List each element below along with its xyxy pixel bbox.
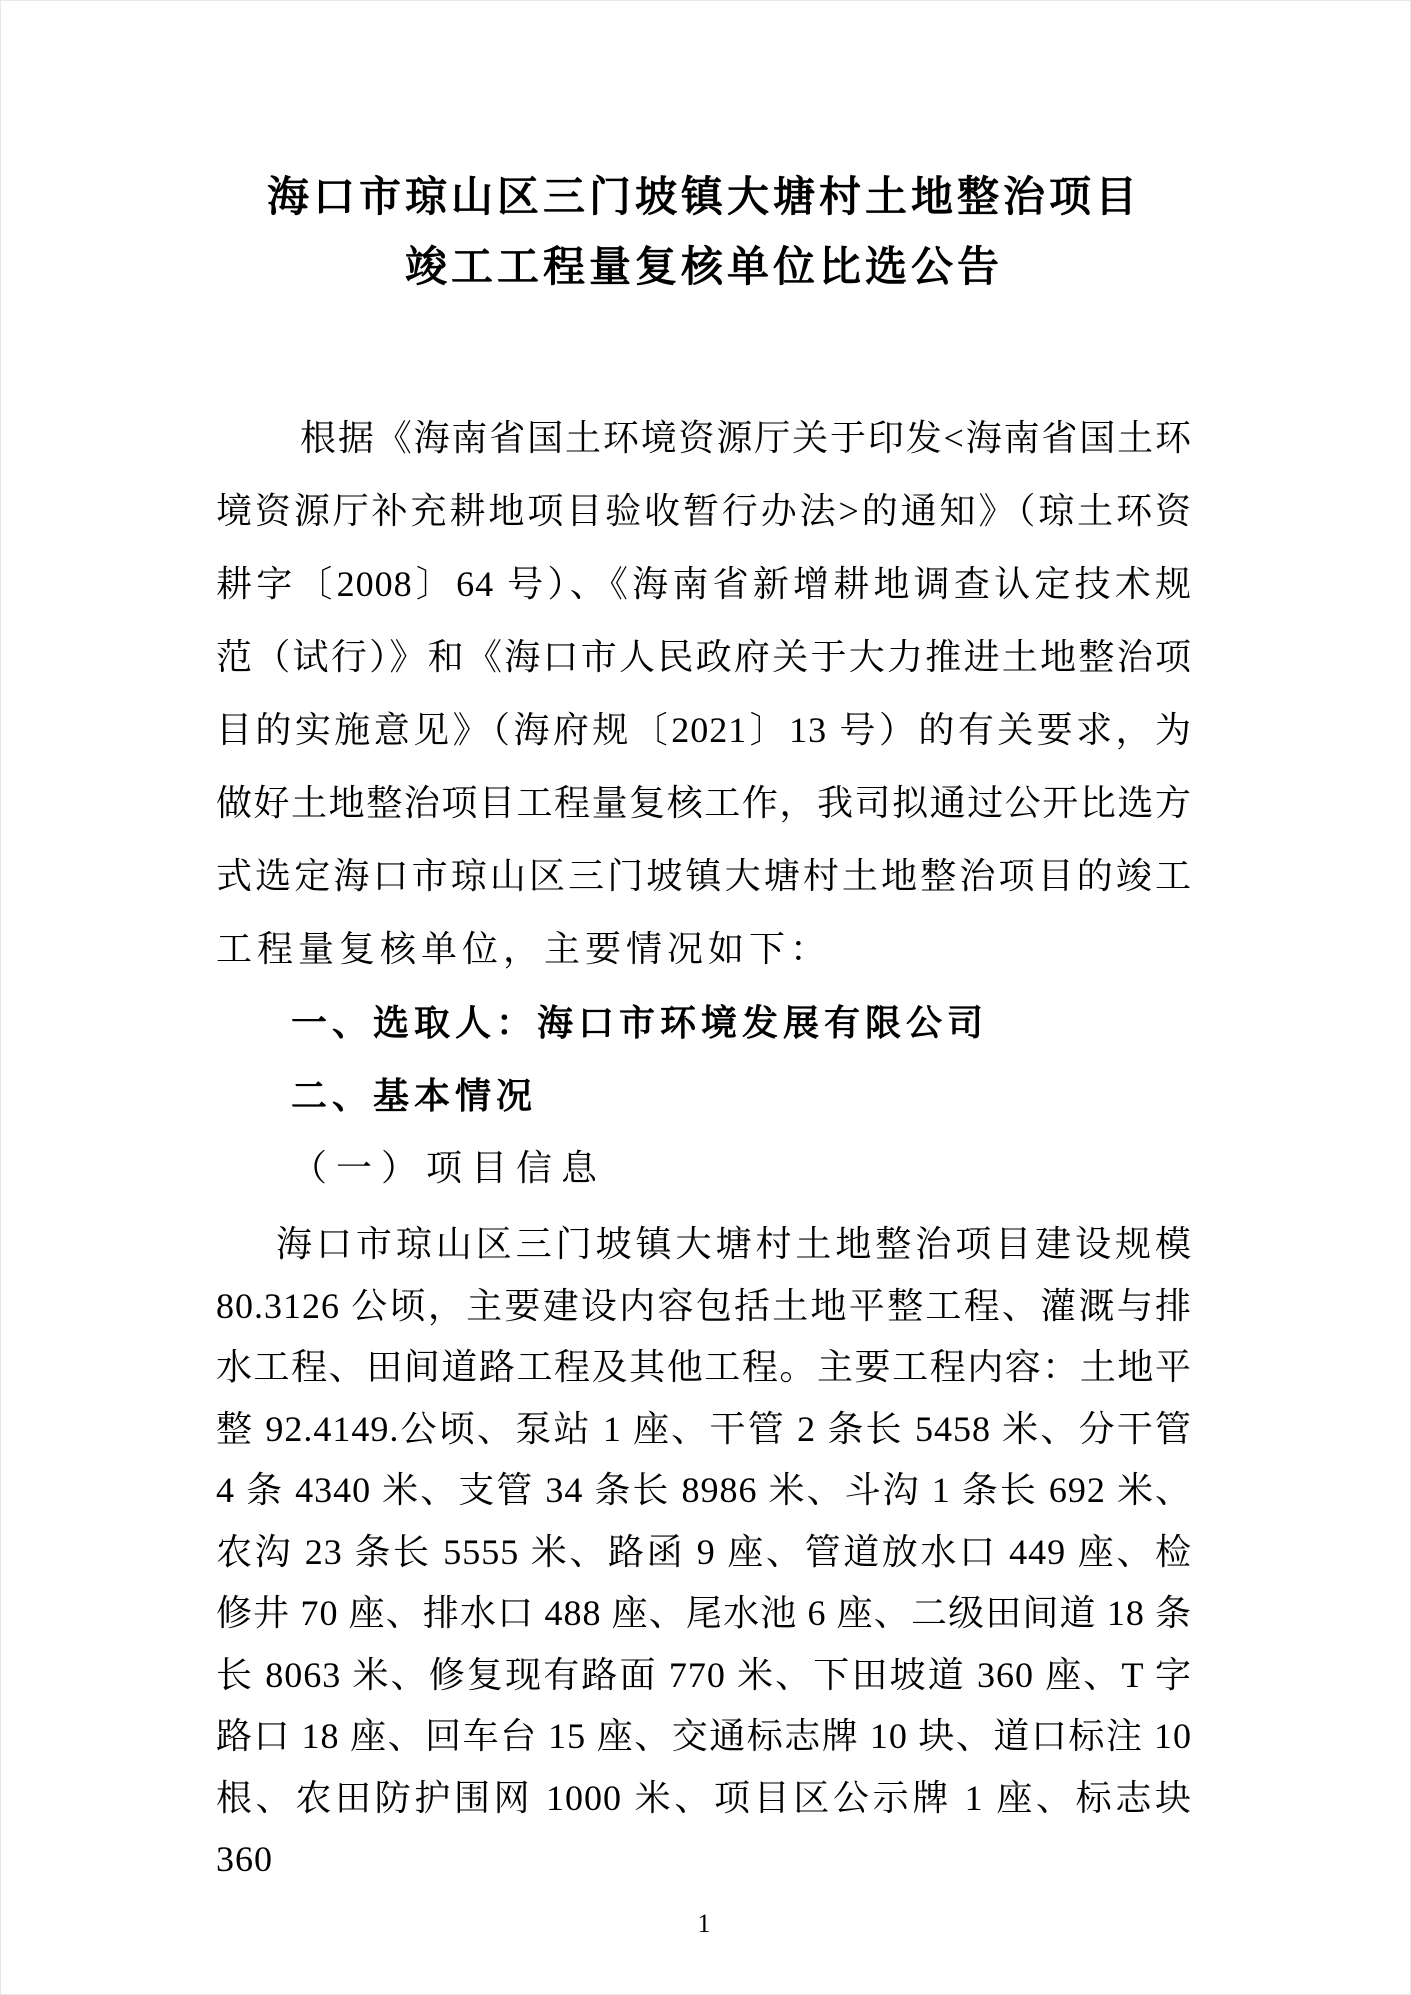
text-line: 80.3126 公顷，主要建设内容包括土地平整工程、灌溉与排 bbox=[216, 1276, 1192, 1338]
document-title: 海口市琼山区三门坡镇大塘村土地整治项目 竣工工程量复核单位比选公告 bbox=[216, 1, 1192, 302]
page-number: 1 bbox=[216, 1909, 1192, 1939]
text-line: 境资源厅补充耕地项目验收暂行办法>的通知》（琼土环资 bbox=[216, 475, 1192, 548]
text-line: 式选定海口市琼山区三门坡镇大塘村土地整治项目的竣工 bbox=[216, 840, 1192, 913]
text-line: 农沟 23 条长 5555 米、路函 9 座、管道放水口 449 座、检 bbox=[216, 1522, 1192, 1584]
text-line: 范（试行）》和《海口市人民政府关于大力推进土地整治项 bbox=[216, 621, 1192, 694]
text-line: 根、农田防护围网 1000 米、项目区公示牌 1 座、标志块 360 bbox=[216, 1768, 1192, 1891]
text-line: 整 92.4149.公顷、泵站 1 座、干管 2 条长 5458 米、分干管 bbox=[216, 1399, 1192, 1461]
heading-selector: 一、选取人：海口市环境发展有限公司 bbox=[216, 986, 1192, 1059]
title-line-1: 海口市琼山区三门坡镇大塘村土地整治项目 bbox=[216, 162, 1192, 232]
text-line: 工程量复核单位，主要情况如下： bbox=[216, 913, 1192, 986]
paragraph-basis: 根据《海南省国土环境资源厅关于印发<海南省国土环境资源厅补充耕地项目验收暂行办法… bbox=[216, 402, 1192, 986]
text-line: 长 8063 米、修复现有路面 770 米、下田坡道 360 座、T 字 bbox=[216, 1645, 1192, 1707]
title-line-2: 竣工工程量复核单位比选公告 bbox=[216, 232, 1192, 302]
text-line: 路口 18 座、回车台 15 座、交通标志牌 10 块、道口标注 10 bbox=[216, 1706, 1192, 1768]
text-line: 海口市琼山区三门坡镇大塘村土地整治项目建设规模 bbox=[216, 1214, 1192, 1276]
text-line: 根据《海南省国土环境资源厅关于印发<海南省国土环 bbox=[216, 402, 1192, 475]
document-page: 海口市琼山区三门坡镇大塘村土地整治项目 竣工工程量复核单位比选公告 根据《海南省… bbox=[0, 0, 1411, 1995]
headings-block: 一、选取人：海口市环境发展有限公司 二、基本情况 （一）项目信息 bbox=[216, 986, 1192, 1205]
document-content: 海口市琼山区三门坡镇大塘村土地整治项目 竣工工程量复核单位比选公告 根据《海南省… bbox=[216, 1, 1192, 1939]
text-line: 水工程、田间道路工程及其他工程。主要工程内容：土地平 bbox=[216, 1337, 1192, 1399]
text-line: 目的实施意见》（海府规〔2021〕13 号）的有关要求，为 bbox=[216, 694, 1192, 767]
heading-project-info: （一）项目信息 bbox=[216, 1132, 1192, 1205]
text-line: 做好土地整治项目工程量复核工作，我司拟通过公开比选方 bbox=[216, 767, 1192, 840]
text-line: 4 条 4340 米、支管 34 条长 8986 米、斗沟 1 条长 692 米… bbox=[216, 1460, 1192, 1522]
paragraph-project-details: 海口市琼山区三门坡镇大塘村土地整治项目建设规模80.3126 公顷，主要建设内容… bbox=[216, 1214, 1192, 1891]
text-line: 修井 70 座、排水口 488 座、尾水池 6 座、二级田间道 18 条 bbox=[216, 1583, 1192, 1645]
heading-basic-info: 二、基本情况 bbox=[216, 1059, 1192, 1132]
text-line: 耕字〔2008〕64 号）、《海南省新增耕地调查认定技术规 bbox=[216, 548, 1192, 621]
